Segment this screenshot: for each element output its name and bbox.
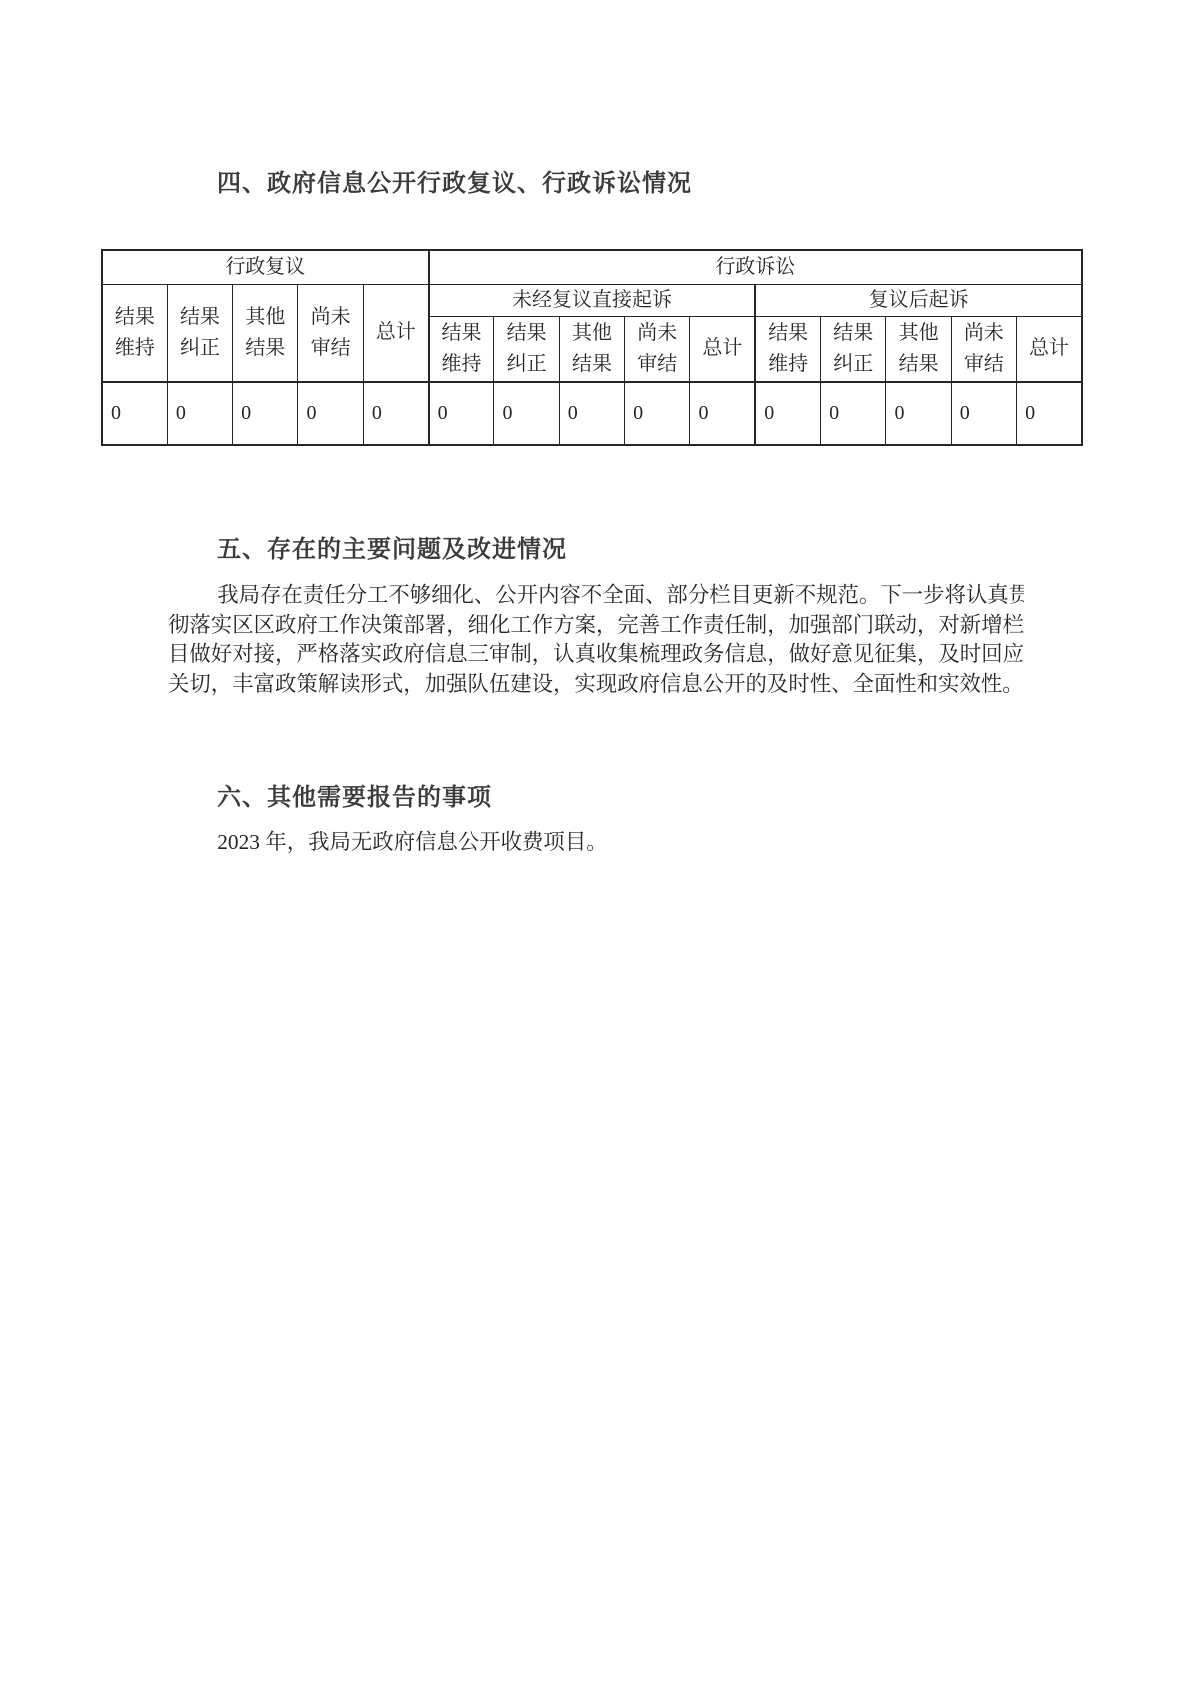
header-direct-total: 总计	[690, 316, 755, 382]
table-value-cell: 0	[298, 382, 363, 445]
table-value-cell: 0	[233, 382, 298, 445]
section6-text: 2023 年，我局无政府信息公开收费项目。	[168, 828, 1024, 858]
table-value-cell: 0	[951, 382, 1016, 445]
section4-heading: 四、政府信息公开行政复议、行政诉讼情况	[217, 163, 692, 198]
header-review-total: 总计	[363, 284, 428, 382]
header-post-result-corrected: 结果纠正	[821, 316, 886, 382]
table-group-header-row: 行政复议 行政诉讼	[102, 250, 1082, 284]
header-post-other-result: 其他结果	[886, 316, 951, 382]
header-direct-pending: 尚未审结	[625, 316, 690, 382]
header-post-result-upheld: 结果维持	[755, 316, 820, 382]
header-admin-litigation: 行政诉讼	[429, 250, 1082, 284]
table-value-row: 0 0 0 0 0 0 0 0 0 0 0 0 0 0 0	[102, 382, 1082, 445]
table-value-cell: 0	[494, 382, 559, 445]
table-value-cell: 0	[886, 382, 951, 445]
header-review-pending: 尚未审结	[298, 284, 363, 382]
header-direct-result-corrected: 结果纠正	[494, 316, 559, 382]
section6-heading: 六、其他需要报告的事项	[217, 777, 492, 812]
header-review-other-result: 其他结果	[233, 284, 298, 382]
table-value-cell: 0	[167, 382, 232, 445]
header-direct-other-result: 其他结果	[559, 316, 624, 382]
table-value-cell: 0	[821, 382, 886, 445]
table-value-cell: 0	[363, 382, 428, 445]
table-value-cell: 0	[429, 382, 494, 445]
table-subgroup-header-row: 结果维持 结果纠正 其他结果 尚未审结 总计 未经复议直接起诉 复议后起诉	[102, 284, 1082, 316]
header-post-pending: 尚未审结	[951, 316, 1016, 382]
section5-paragraph: 我局存在责任分工不够细化、公开内容不全面、部分栏目更新不规范。下一步将认真贯 彻…	[168, 581, 1024, 699]
report-page: 四、政府信息公开行政复议、行政诉讼情况 行政复议 行政诉讼 结果维持 结果纠正 …	[0, 0, 1190, 1683]
table-value-cell: 0	[755, 382, 820, 445]
table-value-cell: 0	[102, 382, 167, 445]
table-value-cell: 0	[625, 382, 690, 445]
header-admin-review: 行政复议	[102, 250, 429, 284]
header-review-result-upheld: 结果维持	[102, 284, 167, 382]
table-value-cell: 0	[559, 382, 624, 445]
header-review-result-corrected: 结果纠正	[167, 284, 232, 382]
header-direct-lawsuit: 未经复议直接起诉	[429, 284, 756, 316]
review-litigation-table: 行政复议 行政诉讼 结果维持 结果纠正 其他结果 尚未审结 总计 未经复议直接起…	[101, 249, 1083, 446]
header-post-total: 总计	[1017, 316, 1082, 382]
header-post-review-lawsuit: 复议后起诉	[755, 284, 1082, 316]
paragraph-line: 我局存在责任分工不够细化、公开内容不全面、部分栏目更新不规范。下一步将认真贯	[168, 581, 1024, 611]
paragraph-line: 关切，丰富政策解读形式，加强队伍建设，实现政府信息公开的及时性、全面性和实效性。	[168, 670, 1024, 700]
paragraph-line: 目做好对接，严格落实政府信息三审制，认真收集梳理政务信息，做好意见征集，及时回应	[168, 640, 1024, 670]
paragraph-line: 彻落实区区政府工作决策部署，细化工作方案，完善工作责任制，加强部门联动，对新增栏	[168, 611, 1024, 641]
table-value-cell: 0	[1017, 382, 1082, 445]
table-value-cell: 0	[690, 382, 755, 445]
section5-heading: 五、存在的主要问题及改进情况	[217, 529, 567, 564]
header-direct-result-upheld: 结果维持	[429, 316, 494, 382]
